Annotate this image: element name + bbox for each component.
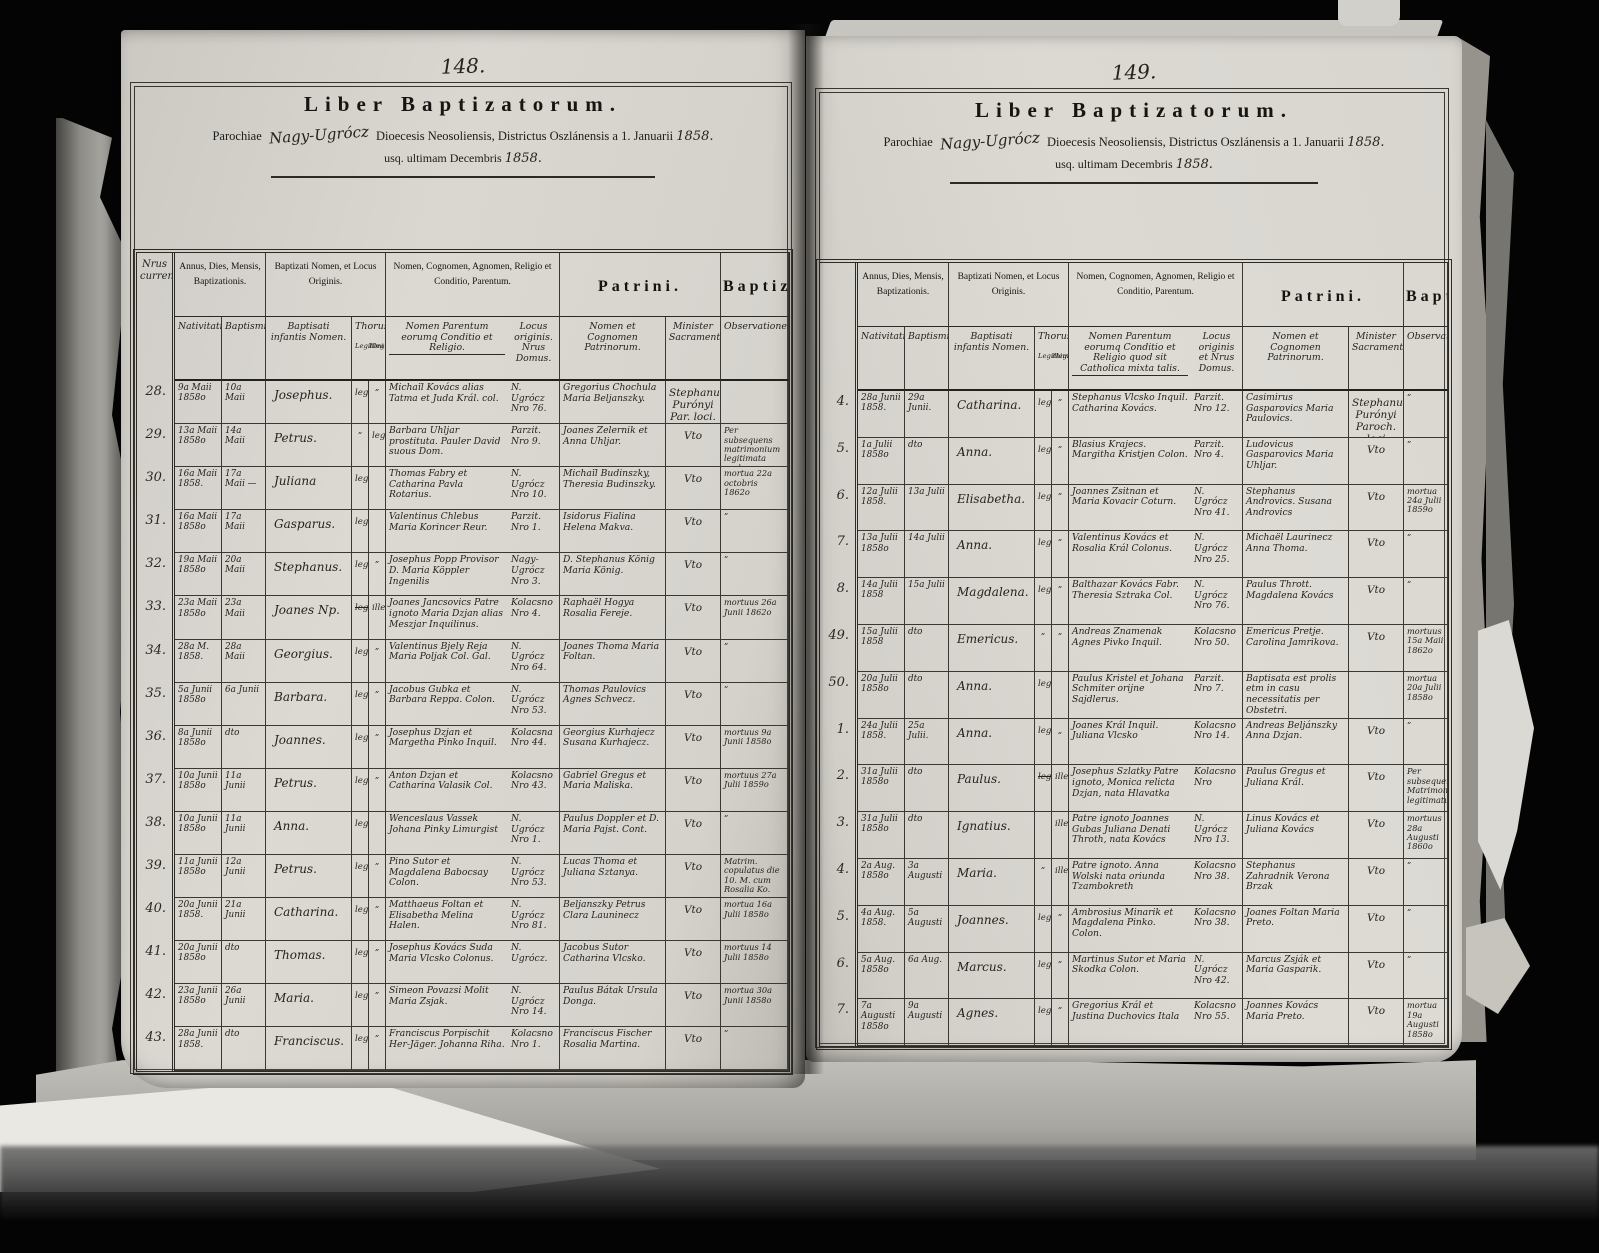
cell-parents: Josephus Szlatky Patre ignoto, Monica re… [1069, 765, 1191, 812]
entry-number: 49. [820, 625, 858, 672]
cell-patrini: Marcus Zsják et Maria Gasparik. [1243, 953, 1349, 1000]
sub-nativitatis: Nativitatis. [175, 317, 222, 381]
cell-baptismi: 5a Augusti [905, 906, 949, 953]
col-baptizati: Baptizati Nomen, et Locus Originis. [949, 263, 1069, 327]
cell-illegitimus [1052, 672, 1069, 719]
entry-number: 42. [137, 984, 175, 1027]
cell-nativitatis: 13a Julii 1858o [858, 531, 905, 578]
cell-minister: Vto [1349, 812, 1404, 859]
cell-patrini: Paulus Thrott. Magdalena Kovács [1243, 578, 1349, 625]
cell-nativitatis: 13a Maii 1858o [175, 424, 222, 467]
cell-patrini: Gabriel Gregus et Maria Maliska. [560, 769, 666, 812]
sub-legitimi: Legithimi [1038, 353, 1051, 361]
cell-illegitimus: „ [1052, 719, 1069, 766]
cell-infant-name: Maria. [266, 984, 352, 1027]
cell-patrini: Stephanus Zahradnik Verona Brzak [1243, 859, 1349, 906]
cell-legitimus: leg. [352, 1027, 369, 1070]
parochiae-label: Parochiae [883, 135, 932, 149]
entry-number: 29. [137, 424, 175, 467]
cell-illegitimus: ” [369, 640, 386, 683]
cell-observationes: mortua 24a Julii 1859o [1404, 485, 1448, 532]
cell-baptismi: dto [222, 941, 266, 984]
cell-infant-name: Franciscus. [266, 1027, 352, 1070]
cell-nativitatis: 24a Julii 1858. [858, 719, 905, 766]
cell-illegitimus [369, 812, 386, 855]
cell-baptismi: dto [222, 726, 266, 769]
cell-illegitimus: illeg. [1052, 859, 1069, 906]
usque-label: usq. ultimam Decembris [1055, 157, 1173, 171]
cell-patrini: Gregorius Chochula Maria Beljanszky. [560, 381, 666, 424]
cell-baptismi: 23a Maii [222, 596, 266, 639]
entry-number: 41. [137, 941, 175, 984]
cell-patrini: Ludovicus Gasparovics Maria Uhljar. [1243, 438, 1349, 485]
entry-number: 28. [137, 381, 175, 424]
cell-infant-name: Barbara. [266, 683, 352, 726]
cell-baptismi: 21a Junii [222, 898, 266, 941]
cell-parents: Patre ignoto Joannes Gubas Juliana Denat… [1069, 812, 1191, 859]
cell-locus: N. Ugrócz Nro 81. [508, 898, 560, 941]
cell-nativitatis: 5a Aug. 1858o [858, 953, 905, 1000]
cell-minister: Vto [1349, 859, 1404, 906]
cell-nativitatis: 23a Junii 1858o [175, 984, 222, 1027]
cell-nativitatis: 14a Julii 1858 [858, 578, 905, 625]
entry-number: 7. [820, 531, 858, 578]
cell-legitimus: leg. [352, 984, 369, 1027]
cell-legitimus: leg. [352, 467, 369, 510]
cell-minister: Vto [1349, 438, 1404, 485]
cell-parents: Josephus Dzjan et Margetha Pinko Inquil. [386, 726, 508, 769]
cell-locus: Parzit. Nro 9. [508, 424, 560, 467]
cell-locus: Kolacsno Nro 14. [1191, 719, 1243, 766]
cell-observationes: ” [1404, 391, 1448, 438]
cell-baptismi: 14a Maii [222, 424, 266, 467]
cell-infant-name: Juliana [266, 467, 352, 510]
cell-infant-name: Joanes Np. [266, 596, 352, 639]
cell-parents: Valentinus Kovács et Rosalia Král Colonu… [1069, 531, 1191, 578]
cell-minister: Vto [1349, 485, 1404, 532]
cell-baptismi: 25a Julii. [905, 719, 949, 766]
cell-infant-name: Anna. [949, 438, 1035, 485]
cell-patrini: Linus Kovács et Juliana Kovács [1243, 812, 1349, 859]
cell-observationes: mortua 30a Junii 1858o [721, 984, 789, 1027]
cell-illegitimus: illeg. [1052, 765, 1069, 812]
cell-patrini: Baptisata est prolis etm in casu necessi… [1243, 672, 1349, 719]
col-annus: Annus, Dies, Mensis, Baptizationis. [175, 253, 266, 317]
cell-parents: Paulus Kristel et Johana Schmiter orijne… [1069, 672, 1191, 719]
cell-infant-name: Georgius. [266, 640, 352, 683]
cell-parents: Andreas Znamenak Agnes Pivko Inquil. [1069, 625, 1191, 672]
sub-illegitimi: Illegitimi [369, 343, 382, 351]
sub-minister: Minister Sacramenti. [1349, 327, 1404, 391]
cell-nativitatis: 12a Julii 1858. [858, 485, 905, 532]
cell-nativitatis: 16a Maii 1858o [175, 510, 222, 553]
sub-thorus: Thorus Legitimi Illegitimi [352, 317, 386, 381]
cell-nativitatis: 5a Junii 1858o [175, 683, 222, 726]
cell-minister [1349, 672, 1404, 719]
sub-patrinorum: Nomen et Cognomen Patrinorum. [1243, 327, 1349, 391]
cell-illegitimus: ” [369, 769, 386, 812]
cell-infant-name: Marcus. [949, 953, 1035, 1000]
cell-minister: Vto [666, 510, 721, 553]
cell-parents: Patre ignoto. Anna Wolski nata oriunda T… [1069, 859, 1191, 906]
entry-number: 39. [137, 855, 175, 898]
cell-baptismi: 12a Junii [222, 855, 266, 898]
cell-legitimus: leg. [1035, 531, 1052, 578]
cell-observationes: mortua 16a Julii 1858o [721, 898, 789, 941]
page-number-right: 149. [1111, 59, 1156, 85]
header-divider [950, 182, 1317, 184]
cell-baptismi: dto [905, 672, 949, 719]
cell-parents: Pino Sutor et Magdalena Babocsay Colon. [386, 855, 508, 898]
cell-illegitimus [369, 510, 386, 553]
cell-parents: Valentinus Bjely Reja Maria Poljak Col. … [386, 640, 508, 683]
cell-infant-name: Catharina. [949, 391, 1035, 438]
cell-parents: Anton Dzjan et Catharina Valasik Col. [386, 769, 508, 812]
cell-patrini: Joanes Foltan Maria Preto. [1243, 906, 1349, 953]
cell-legitimus: leg [1035, 765, 1052, 812]
cell-legitimus: leg. [352, 640, 369, 683]
cell-observationes: ” [1404, 578, 1448, 625]
cell-illegitimus: illeg. [369, 596, 386, 639]
cell-legitimus: leg. [352, 510, 369, 553]
entry-number: 2. [820, 765, 858, 812]
col-patrini: Patrini. [1243, 263, 1404, 327]
cell-parents: Jacobus Gubka et Barbara Reppa. Colon. [386, 683, 508, 726]
cell-observationes: mortuus 14 Julii 1858o [721, 941, 789, 984]
cell-parents: Barbara Uhljar prostituta. Pauler David … [386, 424, 508, 467]
cell-patrini: Casimirus Gasparovics Maria Paulovics. [1243, 391, 1349, 438]
cell-nativitatis: 8a Junii 1858o [175, 726, 222, 769]
cell-observationes: mortua 19a Augusti 1858o [1404, 999, 1448, 1046]
cell-baptismi: 11a Junii [222, 812, 266, 855]
cell-baptismi: 14a Julii [905, 531, 949, 578]
cell-observationes: ” [1404, 531, 1448, 578]
cell-infant-name: Ignatius. [949, 812, 1035, 859]
cell-infant-name: Joannes. [266, 726, 352, 769]
usque-label: usq. ultimam Decembris [384, 151, 502, 165]
cell-locus: Kolacsno Nro 38. [1191, 859, 1243, 906]
form-subtitle: Parochiae Nagy-Ugrócz Dioecesis Neosolie… [121, 126, 805, 144]
cell-locus: Kolacsno Nro 43. [508, 769, 560, 812]
cell-locus: Parzit. Nro 4. [1191, 438, 1243, 485]
register-table-right: Annus, Dies, Mensis, Baptizationis. Bapt… [819, 262, 1447, 1047]
cell-locus: N. Ugrócz Nro 10. [508, 467, 560, 510]
cell-patrini: Jacobus Sutor Catharina Vlcsko. [560, 941, 666, 984]
year-end-handwritten: 1858. [505, 151, 542, 166]
cell-baptismi: 17a Maii [222, 510, 266, 553]
cell-minister: Vto [666, 640, 721, 683]
register-page-left: 148. Liber Baptizatorum. Parochiae Nagy-… [121, 30, 805, 1088]
cell-parents: Joanes Král Inquil. Juliana Vlcsko [1069, 719, 1191, 766]
cell-parents: Josephus Kovács Suda Maria Vlcsko Colonu… [386, 941, 508, 984]
cell-observationes [721, 381, 789, 424]
cell-infant-name: Stephanus. [266, 553, 352, 596]
cell-minister: Vto [1349, 953, 1404, 1000]
cell-nativitatis: 10a Junii 1858o [175, 769, 222, 812]
cell-minister: Vto [1349, 999, 1404, 1046]
form-subtitle-2: usq. ultimam Decembris 1858. [806, 157, 1462, 172]
cell-nativitatis: 20a Julii 1858o [858, 672, 905, 719]
cell-locus: Kolacsna Nro 44. [508, 726, 560, 769]
cell-locus: Kolacsno Nro 1. [508, 1027, 560, 1070]
cell-infant-name: Anna. [949, 531, 1035, 578]
cell-locus: Kolacsno Nro 55. [1191, 999, 1243, 1046]
cell-nativitatis: 20a Junii 1858o [175, 941, 222, 984]
cell-minister: Vto [666, 898, 721, 941]
cell-patrini: Franciscus Fischer Rosalia Martina. [560, 1027, 666, 1070]
cell-parents: Michaïl Kovács alias Tatma et Juda Král.… [386, 381, 508, 424]
cell-infant-name: Catharina. [266, 898, 352, 941]
torn-paper-right [1478, 620, 1534, 890]
page-header: Liber Baptizatorum. Parochiae Nagy-Ugróc… [121, 92, 805, 178]
cell-minister: Vto [1349, 625, 1404, 672]
cell-patrini: Lucas Thoma et Juliana Sztanya. [560, 855, 666, 898]
cell-minister: Vto [666, 683, 721, 726]
sub-locus: Locus originis. Nrus Domus. [508, 317, 560, 381]
cell-patrini: Emericus Pretje. Carolina Jamrikova. [1243, 625, 1349, 672]
entry-number: 4. [820, 391, 858, 438]
cell-baptismi: 10a Maii [222, 381, 266, 424]
cell-locus: N. Ugrócz Nro 41. [1191, 485, 1243, 532]
sub-locus: Locus originis et Nrus Domus. [1191, 327, 1243, 391]
cell-legitimus: leg. [1035, 391, 1052, 438]
cell-observationes: mortua 20a Julii 1858o [1404, 672, 1448, 719]
cell-parents: Joannes Zsitnan et Maria Kovacir Coturn. [1069, 485, 1191, 532]
entry-number: 43. [137, 1027, 175, 1070]
cell-parents: Gregorius Král et Justina Duchovics Ital… [1069, 999, 1191, 1046]
cell-illegitimus: leg. [369, 424, 386, 467]
cell-nativitatis: 28a Junii 1858. [175, 1027, 222, 1070]
diocese-line: Dioecesis Neosoliensis, Districtus Oszlá… [1047, 135, 1344, 149]
cell-locus: Kolacsno Nro 38. [1191, 906, 1243, 953]
col-baptizans: Baptizans. [721, 253, 789, 317]
cell-locus: Kolacsno Nro [1191, 765, 1243, 812]
cell-observationes: Matrim. copulatus die 10. M. cum Rosalia… [721, 855, 789, 898]
sub-baptismi: Baptismi. [222, 317, 266, 381]
cell-legitimus: leg. [1035, 719, 1052, 766]
page-header: Liber Baptizatorum. Parochiae Nagy-Ugróc… [806, 98, 1462, 184]
cell-illegitimus [369, 467, 386, 510]
col-annus: Annus, Dies, Mensis, Baptizationis. [858, 263, 949, 327]
sub-parentum: Nomen Parentum eorumq Conditio et Religi… [386, 317, 508, 381]
cell-locus: N. Ugrócz Nro 13. [1191, 812, 1243, 859]
cell-patrini: Isidorus Fialina Helena Makva. [560, 510, 666, 553]
cell-illegitimus: ” [369, 381, 386, 424]
sub-observationes: Observationes. [1404, 327, 1448, 391]
cell-observationes: ” [721, 640, 789, 683]
cell-minister: Vto [1349, 906, 1404, 953]
cell-infant-name: Joannes. [949, 906, 1035, 953]
cell-infant-name: Josephus. [266, 381, 352, 424]
cell-patrini: Thomas Paulovics Agnes Schvecz. [560, 683, 666, 726]
cell-illegitimus: ” [369, 1027, 386, 1070]
cell-nativitatis: 4a Aug. 1858. [858, 906, 905, 953]
cell-locus: Parzit. Nro 1. [508, 510, 560, 553]
cell-infant-name: Gasparus. [266, 510, 352, 553]
cell-minister: Vto [666, 855, 721, 898]
register-scan: 148. Liber Baptizatorum. Parochiae Nagy-… [0, 0, 1599, 1253]
cell-minister: Vto [666, 812, 721, 855]
cell-legitimus: leg. [1035, 485, 1052, 532]
sub-illegitimi: illegitimi [1052, 353, 1065, 361]
cell-legitimus: leg. [352, 683, 369, 726]
entry-number: 35. [137, 683, 175, 726]
cell-parents: Josephus Popp Provisor D. Maria Köppler … [386, 553, 508, 596]
cell-legitimus: leg. [352, 898, 369, 941]
cell-patrini: Michaël Laurinecz Anna Thoma. [1243, 531, 1349, 578]
cell-nativitatis: 7a Augusti 1858o [858, 999, 905, 1046]
cell-patrini: D. Stephanus König Maria König. [560, 553, 666, 596]
cell-illegitimus: ” [1052, 906, 1069, 953]
cell-nativitatis: 2a Aug. 1858o [858, 859, 905, 906]
cell-minister: Vto [1349, 578, 1404, 625]
cell-baptismi: 20a Maii [222, 553, 266, 596]
cell-locus: N. Ugrócz Nro 14. [508, 984, 560, 1027]
cell-legitimus: leg. [352, 941, 369, 984]
cell-observationes: ” [721, 510, 789, 553]
cell-infant-name: Agnes. [949, 999, 1035, 1046]
cell-baptismi: 17a Maii — [222, 467, 266, 510]
cell-nativitatis: 16a Maii 1858. [175, 467, 222, 510]
header-divider [271, 176, 654, 178]
form-title: Liber Baptizatorum. [121, 92, 805, 117]
cell-baptismi: dto [222, 1027, 266, 1070]
page-number-left: 148. [440, 53, 485, 79]
cell-locus: N. Ugrócz Nro 42. [1191, 953, 1243, 1000]
cell-patrini: Andreas Beljánszky Anna Dzjan. [1243, 719, 1349, 766]
cell-locus: Parzit. Nro 12. [1191, 391, 1243, 438]
parochiae-label: Parochiae [212, 129, 261, 143]
cell-observationes: ” [721, 1027, 789, 1070]
cell-parents: Valentinus Chlebus Maria Korincer Reur. [386, 510, 508, 553]
cell-baptismi: dto [905, 438, 949, 485]
entry-number: 6. [820, 485, 858, 532]
cell-baptismi: 13a Julii [905, 485, 949, 532]
cell-parents: Wenceslaus Vassek Johana Pinky Limurgist [386, 812, 508, 855]
cell-parents: Balthazar Kovács Fabr. Theresia Sztraka … [1069, 578, 1191, 625]
cell-baptismi: 6a Junii [222, 683, 266, 726]
cell-legitimus: leg. [1035, 999, 1052, 1046]
cell-infant-name: Thomas. [266, 941, 352, 984]
cell-legitimus: ” [1035, 859, 1052, 906]
cell-infant-name: Petrus. [266, 855, 352, 898]
cell-patrini: Paulus Bátak Ursula Donga. [560, 984, 666, 1027]
form-subtitle: Parochiae Nagy-Ugrócz Dioecesis Neosolie… [806, 132, 1462, 150]
cell-minister: Vto [666, 596, 721, 639]
cell-parents: Martinus Sutor et Maria Skodka Colon. [1069, 953, 1191, 1000]
cell-patrini: Joanes Thoma Maria Foltan. [560, 640, 666, 683]
sub-observationes: Observationes. [721, 317, 789, 381]
cell-baptismi: 3a Augusti [905, 859, 949, 906]
paper-speck-top-right [1338, 0, 1400, 26]
cell-observationes: mortuus 26a Junii 1862o [721, 596, 789, 639]
cell-patrini: Paulus Doppler et D. Maria Pajst. Cont. [560, 812, 666, 855]
sub-nativitatis: Nativitatis. [858, 327, 905, 391]
cell-illegitimus: ” [1052, 438, 1069, 485]
cell-minister: Vto [666, 1027, 721, 1070]
cell-illegitimus: ” [369, 984, 386, 1027]
cell-illegitimus: ” [369, 941, 386, 984]
cell-patrini: Joannes Kovács Maria Preto. [1243, 999, 1349, 1046]
entry-number: 7. [820, 999, 858, 1046]
cell-patrini: Raphaël Hogya Rosalia Fereje. [560, 596, 666, 639]
cell-legitimus: leg. [352, 553, 369, 596]
cell-minister: Vto [666, 984, 721, 1027]
entry-number: 40. [137, 898, 175, 941]
entry-number: 37. [137, 769, 175, 812]
cell-locus: N. Ugrócz Nro 76. [1191, 578, 1243, 625]
cell-infant-name: Emericus. [949, 625, 1035, 672]
cell-illegitimus: illeg. [1052, 812, 1069, 859]
cell-illegitimus: ” [369, 726, 386, 769]
cell-patrini: Paulus Gregus et Juliana Král. [1243, 765, 1349, 812]
cell-nativitatis: 28a Junii 1858. [858, 391, 905, 438]
cell-parents: Matthaeus Foltan et Elisabetha Melina Ha… [386, 898, 508, 941]
book-gutter-shadow [788, 24, 824, 1074]
cell-observationes: mortuus 28a Augusti 1860o [1404, 812, 1448, 859]
cell-observationes: ” [1404, 719, 1448, 766]
cell-legitimus: leg. [352, 596, 369, 639]
cell-nativitatis: 31a Julii 1858o [858, 765, 905, 812]
cell-legitimus: leg. [1035, 906, 1052, 953]
register-page-right: 149. Liber Baptizatorum. Parochiae Nagy-… [806, 36, 1462, 1062]
cell-baptismi: dto [905, 625, 949, 672]
cell-infant-name: Paulus. [949, 765, 1035, 812]
cell-infant-name: Elisabetha. [949, 485, 1035, 532]
cell-baptismi: dto [905, 812, 949, 859]
cell-baptismi: 6a Aug. [905, 953, 949, 1000]
entry-number: 31. [137, 510, 175, 553]
cell-baptismi: 29a Junii. [905, 391, 949, 438]
table-edge-blur [0, 1146, 1599, 1218]
cell-minister: Vto [666, 726, 721, 769]
cell-minister: Vto [666, 424, 721, 467]
cell-infant-name: Petrus. [266, 769, 352, 812]
cell-illegitimus: ” [369, 553, 386, 596]
col-parentes: Nomen, Cognomen, Agnomen, Religio et Con… [1069, 263, 1243, 327]
entry-number: 5. [820, 906, 858, 953]
sub-legitimi: Legitimi [355, 343, 368, 351]
cell-nativitatis: 15a Julii 1858 [858, 625, 905, 672]
cell-nativitatis: 23a Maii 1858o [175, 596, 222, 639]
cell-locus: N. Ugrócz. [508, 941, 560, 984]
cell-parents: Franciscus Porpischit Her-Jäger. Johanna… [386, 1027, 508, 1070]
cell-nativitatis: 10a Junii 1858o [175, 812, 222, 855]
form-title: Liber Baptizatorum. [806, 98, 1462, 123]
parish-name-handwritten: Nagy-Ugrócz [268, 123, 369, 148]
entry-number: 8. [820, 578, 858, 625]
cell-illegitimus: ” [369, 898, 386, 941]
cell-locus: N. Ugrócz Nro 25. [1191, 531, 1243, 578]
cell-illegitimus: ” [1052, 625, 1069, 672]
cell-legitimus: leg. [1035, 578, 1052, 625]
cell-nativitatis: 11a Junii 1858o [175, 855, 222, 898]
cell-nativitatis: 31a Julii 1858o [858, 812, 905, 859]
cell-observationes: ” [1404, 859, 1448, 906]
entry-number: 30. [137, 467, 175, 510]
cell-infant-name: Petrus. [266, 424, 352, 467]
cell-illegitimus: ” [1052, 485, 1069, 532]
cell-observationes: mortuus 27a Julii 1859o [721, 769, 789, 812]
cell-baptismi: dto [905, 765, 949, 812]
diocese-line: Dioecesis Neosoliensis, Districtus Oszlá… [376, 129, 673, 143]
sub-baptismi: Baptismi. [905, 327, 949, 391]
cell-illegitimus: ” [369, 855, 386, 898]
entry-number: 5. [820, 438, 858, 485]
cell-nativitatis: 20a Junii 1858. [175, 898, 222, 941]
cell-patrini: Michaïl Budinszky, Theresia Budinszky. [560, 467, 666, 510]
sub-patrinorum: Nomen et Cognomen Patrinorum. [560, 317, 666, 381]
